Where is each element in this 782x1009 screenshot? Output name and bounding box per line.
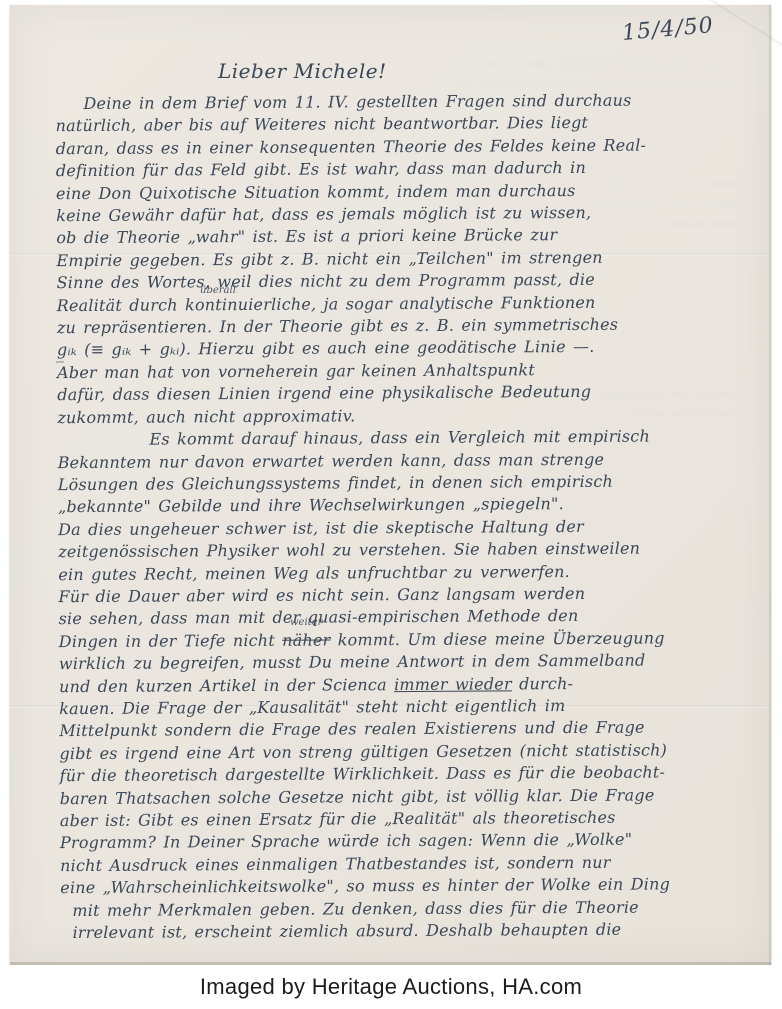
paper-edge-right xyxy=(769,5,771,965)
auction-house-caption: Imaged by Heritage Auctions, HA.com xyxy=(200,974,582,1000)
inserted-word-weiter: weiter xyxy=(290,617,322,628)
caption-bar: Imaged by Heritage Auctions, HA.com xyxy=(0,965,782,1009)
letter-line: Dingen in der Tiefe nicht näher kommt. U… xyxy=(59,627,759,654)
letter-salutation: Lieber Michele! xyxy=(218,59,387,83)
inserted-word-ueberall: überall xyxy=(200,285,236,296)
letter-line: irrelevant ist, erscheint ziemlich absur… xyxy=(60,918,760,945)
letter-page: ~~~ ~~ ~~~~ ~~ ~~~ ~~~~ ~~ ~~~~~ ~~~ ~~ … xyxy=(10,5,771,965)
letter-body: Deine in dem Brief vom 11. IV. gestellte… xyxy=(55,89,760,945)
letter-line: für die theoretisch dargestellte Wirklic… xyxy=(60,761,760,788)
letter-line: eine „Wahrscheinlichkeitswolke", so muss… xyxy=(60,873,760,900)
letter-photograph: ~~~ ~~ ~~~~ ~~ ~~~ ~~~~ ~~ ~~~~~ ~~~ ~~ … xyxy=(0,0,782,1009)
letter-date: 15/4/50 xyxy=(621,13,715,46)
